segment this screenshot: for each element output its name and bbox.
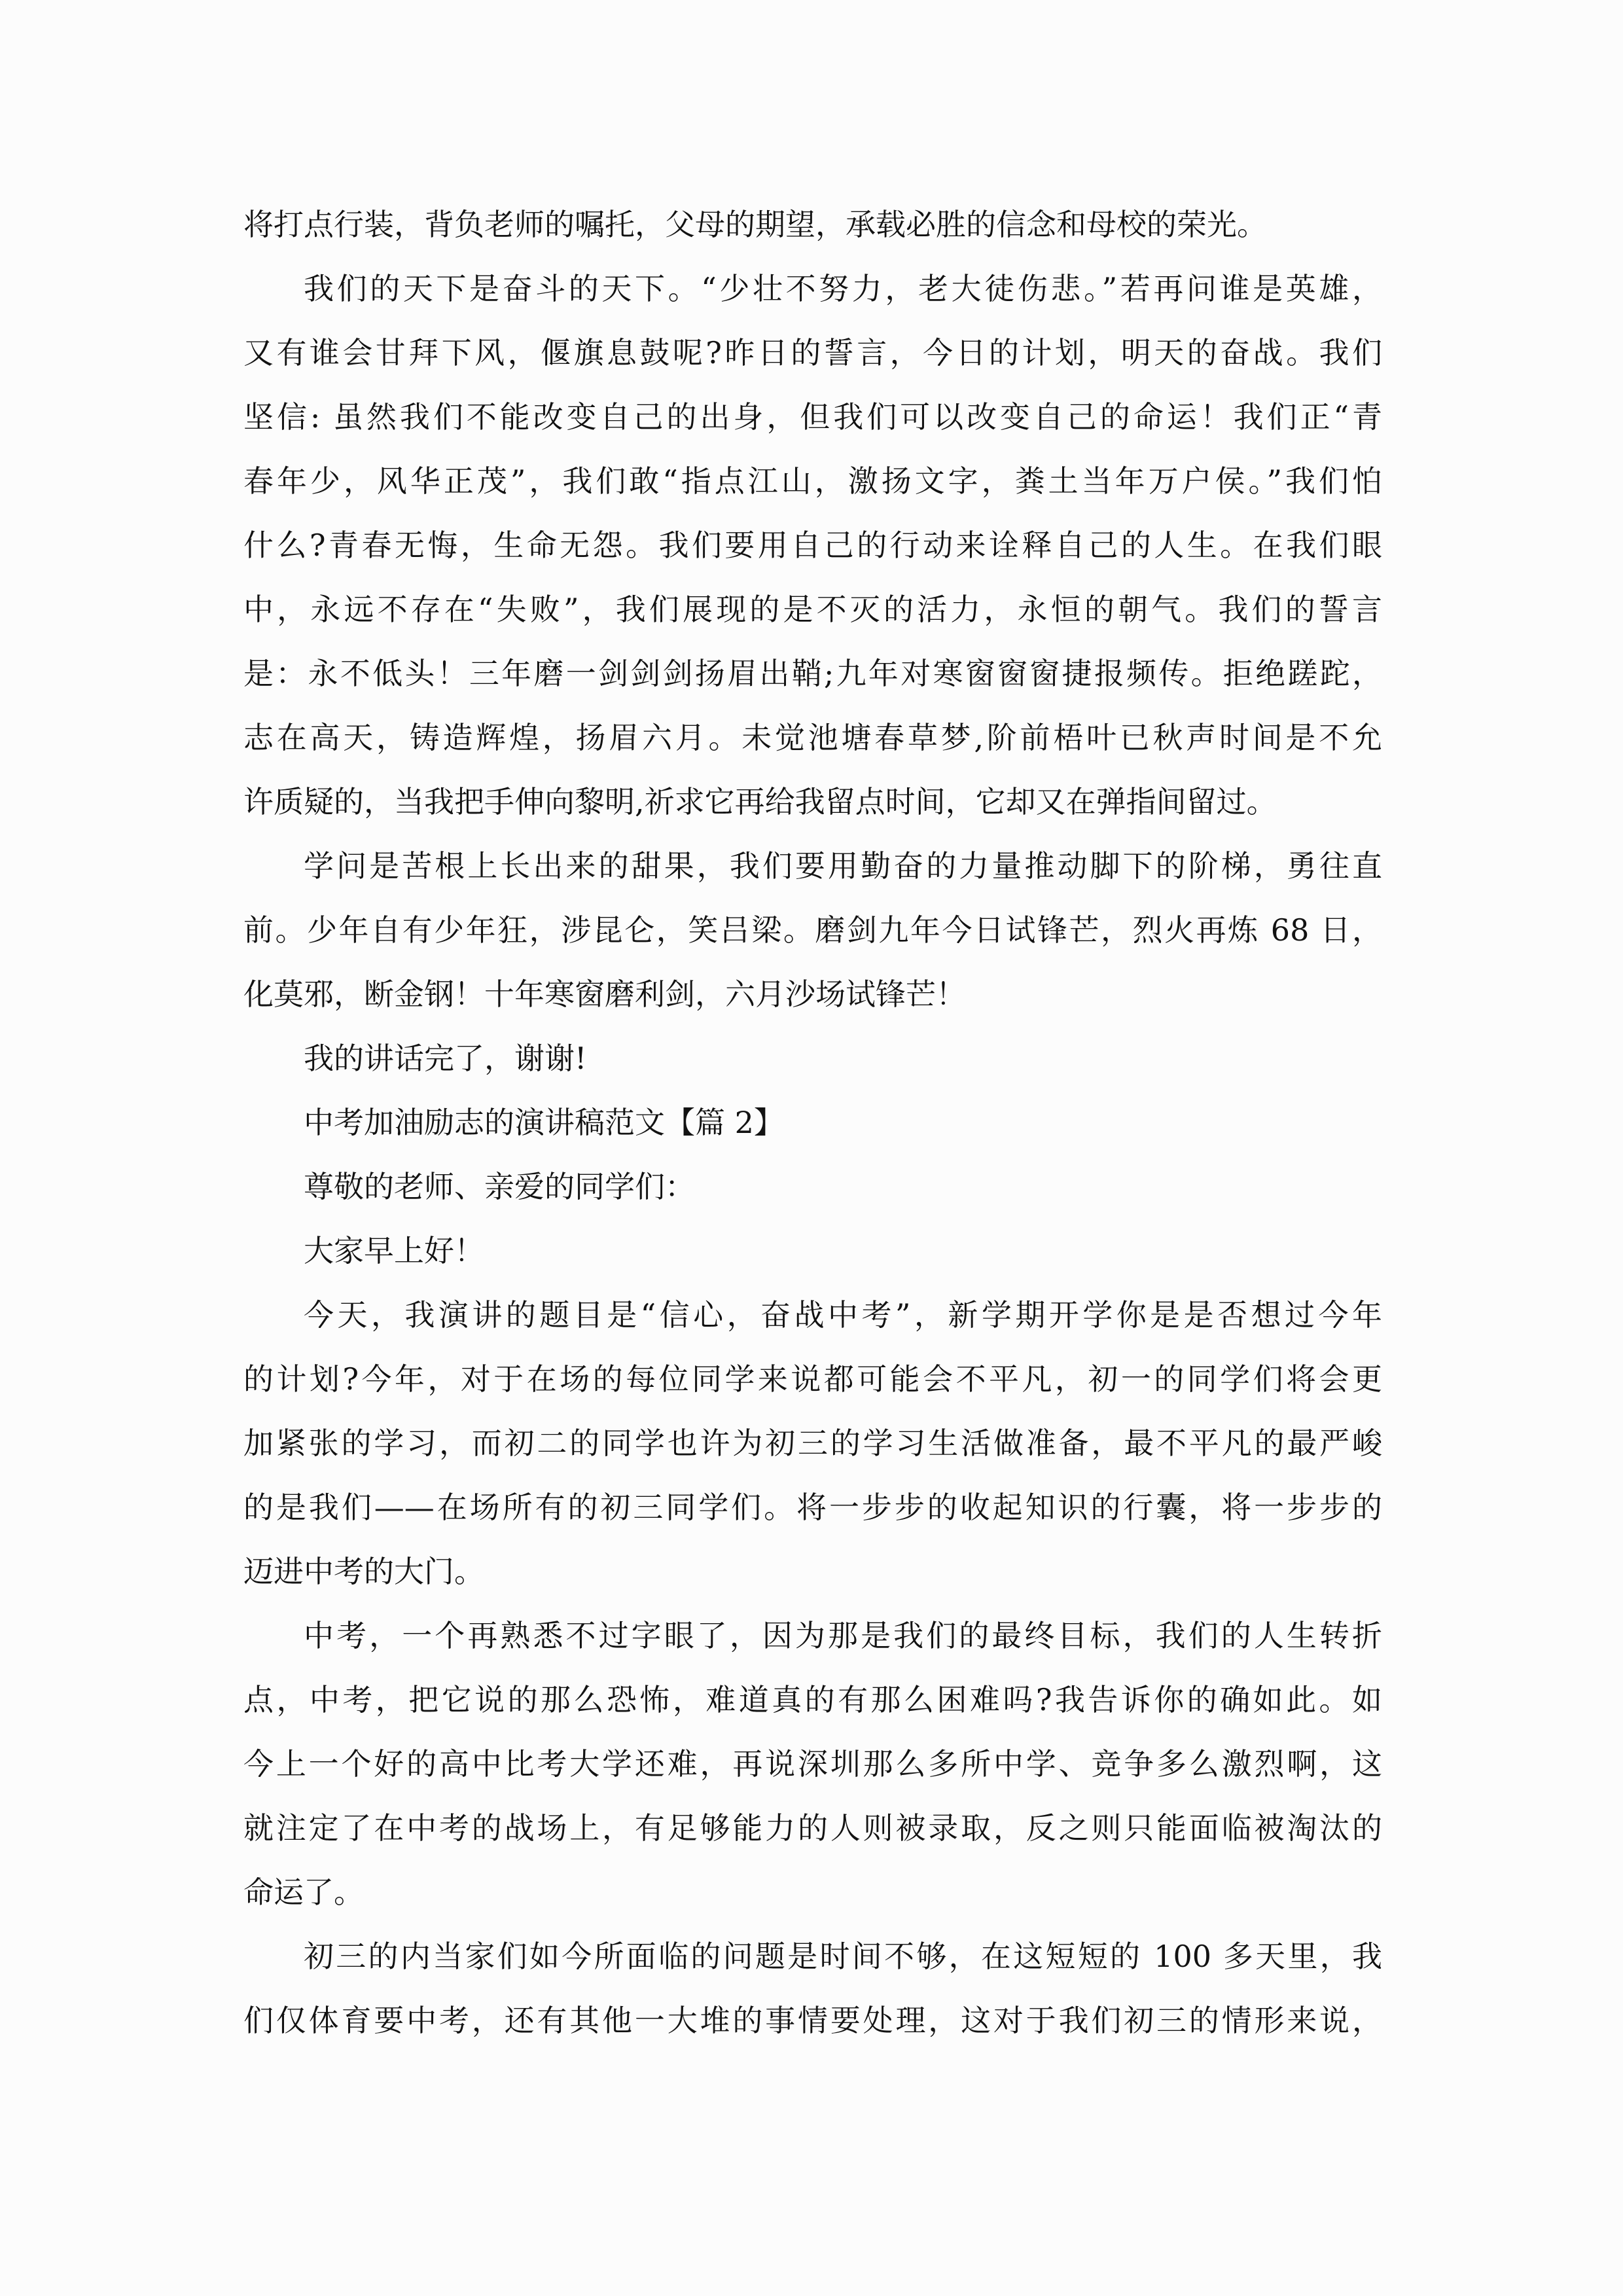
text-line: 什么?青春无悔，生命无怨。我们要用自己的行动来诠释自己的人生。在我们眼 [243, 513, 1382, 577]
text-line: 坚信: 虽然我们不能改变自己的出身，但我们可以改变自己的命运！我们正“青 [243, 385, 1382, 449]
text-line: 将打点行装，背负老师的嘱托，父母的期望，承载必胜的信念和母校的荣光。 [243, 192, 1382, 257]
text-line: 我们的天下是奋斗的天下。“少壮不努力，老大徒伤悲。”若再问谁是英雄， [243, 257, 1382, 321]
text-line: 我的讲话完了，谢谢! [243, 1026, 1382, 1090]
document-page: 将打点行装，背负老师的嘱托，父母的期望，承载必胜的信念和母校的荣光。我们的天下是… [0, 0, 1623, 2296]
text-line: 初三的内当家们如今所面临的问题是时间不够，在这短短的 100 多天里，我 [243, 1924, 1382, 1988]
text-line: 的计划?今年，对于在场的每位同学来说都可能会不平凡，初一的同学们将会更 [243, 1347, 1382, 1411]
text-line: 的是我们——在场所有的初三同学们。将一步步的收起知识的行囊，将一步步的 [243, 1475, 1382, 1539]
text-line: 中考，一个再熟悉不过字眼了，因为那是我们的最终目标，我们的人生转折 [243, 1604, 1382, 1668]
text-line: 许质疑的，当我把手伸向黎明,祈求它再给我留点时间，它却又在弹指间留过。 [243, 770, 1382, 834]
text-line: 是：永不低头！三年磨一剑剑剑扬眉出鞘;九年对寒窗窗窗捷报频传。拒绝蹉跎， [243, 641, 1382, 706]
text-line: 迈进中考的大门。 [243, 1539, 1382, 1604]
text-line: 加紧张的学习，而初二的同学也许为初三的学习生活做准备，最不平凡的最严峻 [243, 1411, 1382, 1475]
text-line: 大家早上好！ [243, 1219, 1382, 1283]
text-line: 前。少年自有少年狂，涉昆仑，笑吕梁。磨剑九年今日试锋芒，烈火再炼 68 日， [243, 898, 1382, 962]
text-line: 春年少，风华正茂”，我们敢“指点江山，激扬文字，粪土当年万户侯。”我们怕 [243, 449, 1382, 513]
text-line: 们仅体育要中考，还有其他一大堆的事情要处理，这对于我们初三的情形来说， [243, 1988, 1382, 2053]
text-line: 化莫邪，断金钢！十年寒窗磨利剑，六月沙场试锋芒！ [243, 962, 1382, 1026]
text-line: 志在高天，铸造辉煌，扬眉六月。未觉池塘春草梦,阶前梧叶已秋声时间是不允 [243, 706, 1382, 770]
text-line: 命运了。 [243, 1860, 1382, 1924]
text-line: 今天，我演讲的题目是“信心，奋战中考”，新学期开学你是是否想过今年 [243, 1283, 1382, 1347]
text-line: 中，永远不存在“失败”，我们展现的是不灭的活力，永恒的朝气。我们的誓言 [243, 577, 1382, 641]
text-line: 今上一个好的高中比考大学还难，再说深圳那么多所中学、竞争多么激烈啊，这 [243, 1732, 1382, 1796]
text-line: 学问是苦根上长出来的甜果，我们要用勤奋的力量推动脚下的阶梯，勇往直 [243, 834, 1382, 898]
text-line: 中考加油励志的演讲稿范文【篇 2】 [243, 1090, 1382, 1155]
text-line: 点，中考，把它说的那么恐怖，难道真的有那么困难吗?我告诉你的确如此。如 [243, 1668, 1382, 1732]
text-line: 就注定了在中考的战场上，有足够能力的人则被录取，反之则只能面临被淘汰的 [243, 1796, 1382, 1860]
text-line: 又有谁会甘拜下风，偃旗息鼓呢?昨日的誓言，今日的计划，明天的奋战。我们 [243, 321, 1382, 385]
text-line: 尊敬的老师、亲爱的同学们： [243, 1155, 1382, 1219]
speech-text-block: 将打点行装，背负老师的嘱托，父母的期望，承载必胜的信念和母校的荣光。我们的天下是… [243, 192, 1382, 2053]
